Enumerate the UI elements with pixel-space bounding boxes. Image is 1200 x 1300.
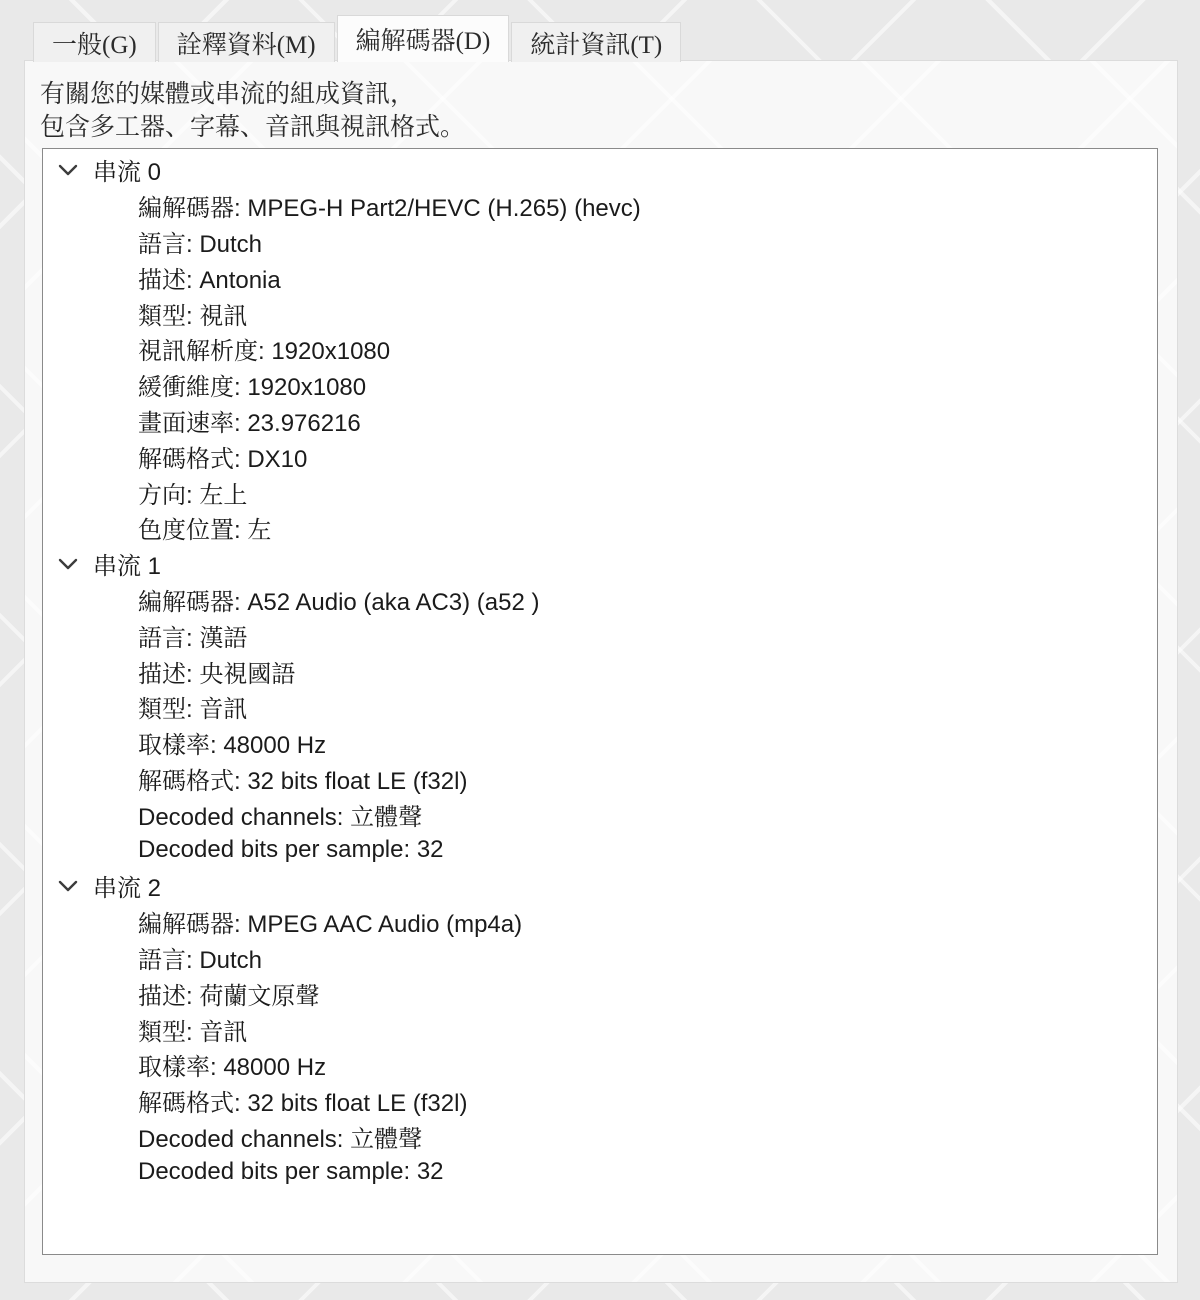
stream-property[interactable]: 畫面速率: 23.976216 — [43, 403, 1157, 439]
stream-property[interactable]: 取樣率: 48000 Hz — [43, 725, 1157, 761]
stream-property[interactable]: Decoded channels: 立體聲 — [43, 1119, 1157, 1155]
stream-property[interactable]: 語言: 漢語 — [43, 617, 1157, 653]
stream-property[interactable]: 類型: 音訊 — [43, 1011, 1157, 1047]
stream-property[interactable]: 編解碼器: MPEG AAC Audio (mp4a) — [43, 904, 1157, 940]
stream-property[interactable]: 描述: Antonia — [43, 259, 1157, 295]
stream-property[interactable]: 語言: Dutch — [43, 224, 1157, 260]
stream-property[interactable]: 語言: Dutch — [43, 940, 1157, 976]
stream-tree: 串流 0 編解碼器: MPEG-H Part2/HEVC (H.265) (he… — [42, 148, 1158, 1255]
description-line-1: 有關您的媒體或串流的組成資訊， — [40, 78, 465, 111]
stream-title: 串流 0 — [93, 152, 161, 187]
stream-property[interactable]: 緩衝維度: 1920x1080 — [43, 367, 1157, 403]
stream-property[interactable]: 描述: 央視國語 — [43, 653, 1157, 689]
stream-property[interactable]: 編解碼器: A52 Audio (aka AC3) (a52 ) — [43, 582, 1157, 618]
tab-general[interactable]: 一般(G) — [33, 22, 156, 62]
tab-metadata[interactable]: 詮釋資料(M) — [158, 22, 335, 62]
chevron-down-icon[interactable] — [57, 162, 79, 178]
stream-property[interactable]: 類型: 視訊 — [43, 295, 1157, 331]
stream-title: 串流 1 — [93, 546, 161, 581]
stream-header[interactable]: 串流 2 — [43, 868, 1157, 904]
stream-property[interactable]: 編解碼器: MPEG-H Part2/HEVC (H.265) (hevc) — [43, 188, 1157, 224]
stream-property[interactable]: Decoded bits per sample: 32 — [43, 1154, 1157, 1190]
chevron-down-icon[interactable] — [57, 878, 79, 894]
stream-property[interactable]: 方向: 左上 — [43, 474, 1157, 510]
stream-property[interactable]: Decoded channels: 立體聲 — [43, 796, 1157, 832]
stream-header[interactable]: 串流 1 — [43, 546, 1157, 582]
tab-statistics[interactable]: 統計資訊(T) — [511, 22, 681, 62]
stream-property[interactable]: 視訊解析度: 1920x1080 — [43, 331, 1157, 367]
stream-title: 串流 2 — [93, 868, 161, 903]
stream-property[interactable]: 解碼格式: DX10 — [43, 438, 1157, 474]
codec-info-dialog: { "tabs": [ { "label": "一般(G)", "active"… — [0, 0, 1200, 1300]
stream-property[interactable]: 取樣率: 48000 Hz — [43, 1047, 1157, 1083]
stream-property[interactable]: Decoded bits per sample: 32 — [43, 832, 1157, 868]
stream-property[interactable]: 描述: 荷蘭文原聲 — [43, 975, 1157, 1011]
chevron-down-icon[interactable] — [57, 556, 79, 572]
tab-strip: 一般(G) 詮釋資料(M) 編解碼器(D) 統計資訊(T) — [33, 15, 683, 62]
codec-description: 有關您的媒體或串流的組成資訊， 包含多工器、字幕、音訊與視訊格式。 — [40, 78, 465, 144]
description-line-2: 包含多工器、字幕、音訊與視訊格式。 — [40, 111, 465, 144]
tab-codec[interactable]: 編解碼器(D) — [337, 15, 510, 62]
stream-property[interactable]: 色度位置: 左 — [43, 510, 1157, 546]
stream-property[interactable]: 解碼格式: 32 bits float LE (f32l) — [43, 1083, 1157, 1119]
stream-property[interactable]: 解碼格式: 32 bits float LE (f32l) — [43, 761, 1157, 797]
stream-property[interactable]: 類型: 音訊 — [43, 689, 1157, 725]
stream-header[interactable]: 串流 0 — [43, 152, 1157, 188]
